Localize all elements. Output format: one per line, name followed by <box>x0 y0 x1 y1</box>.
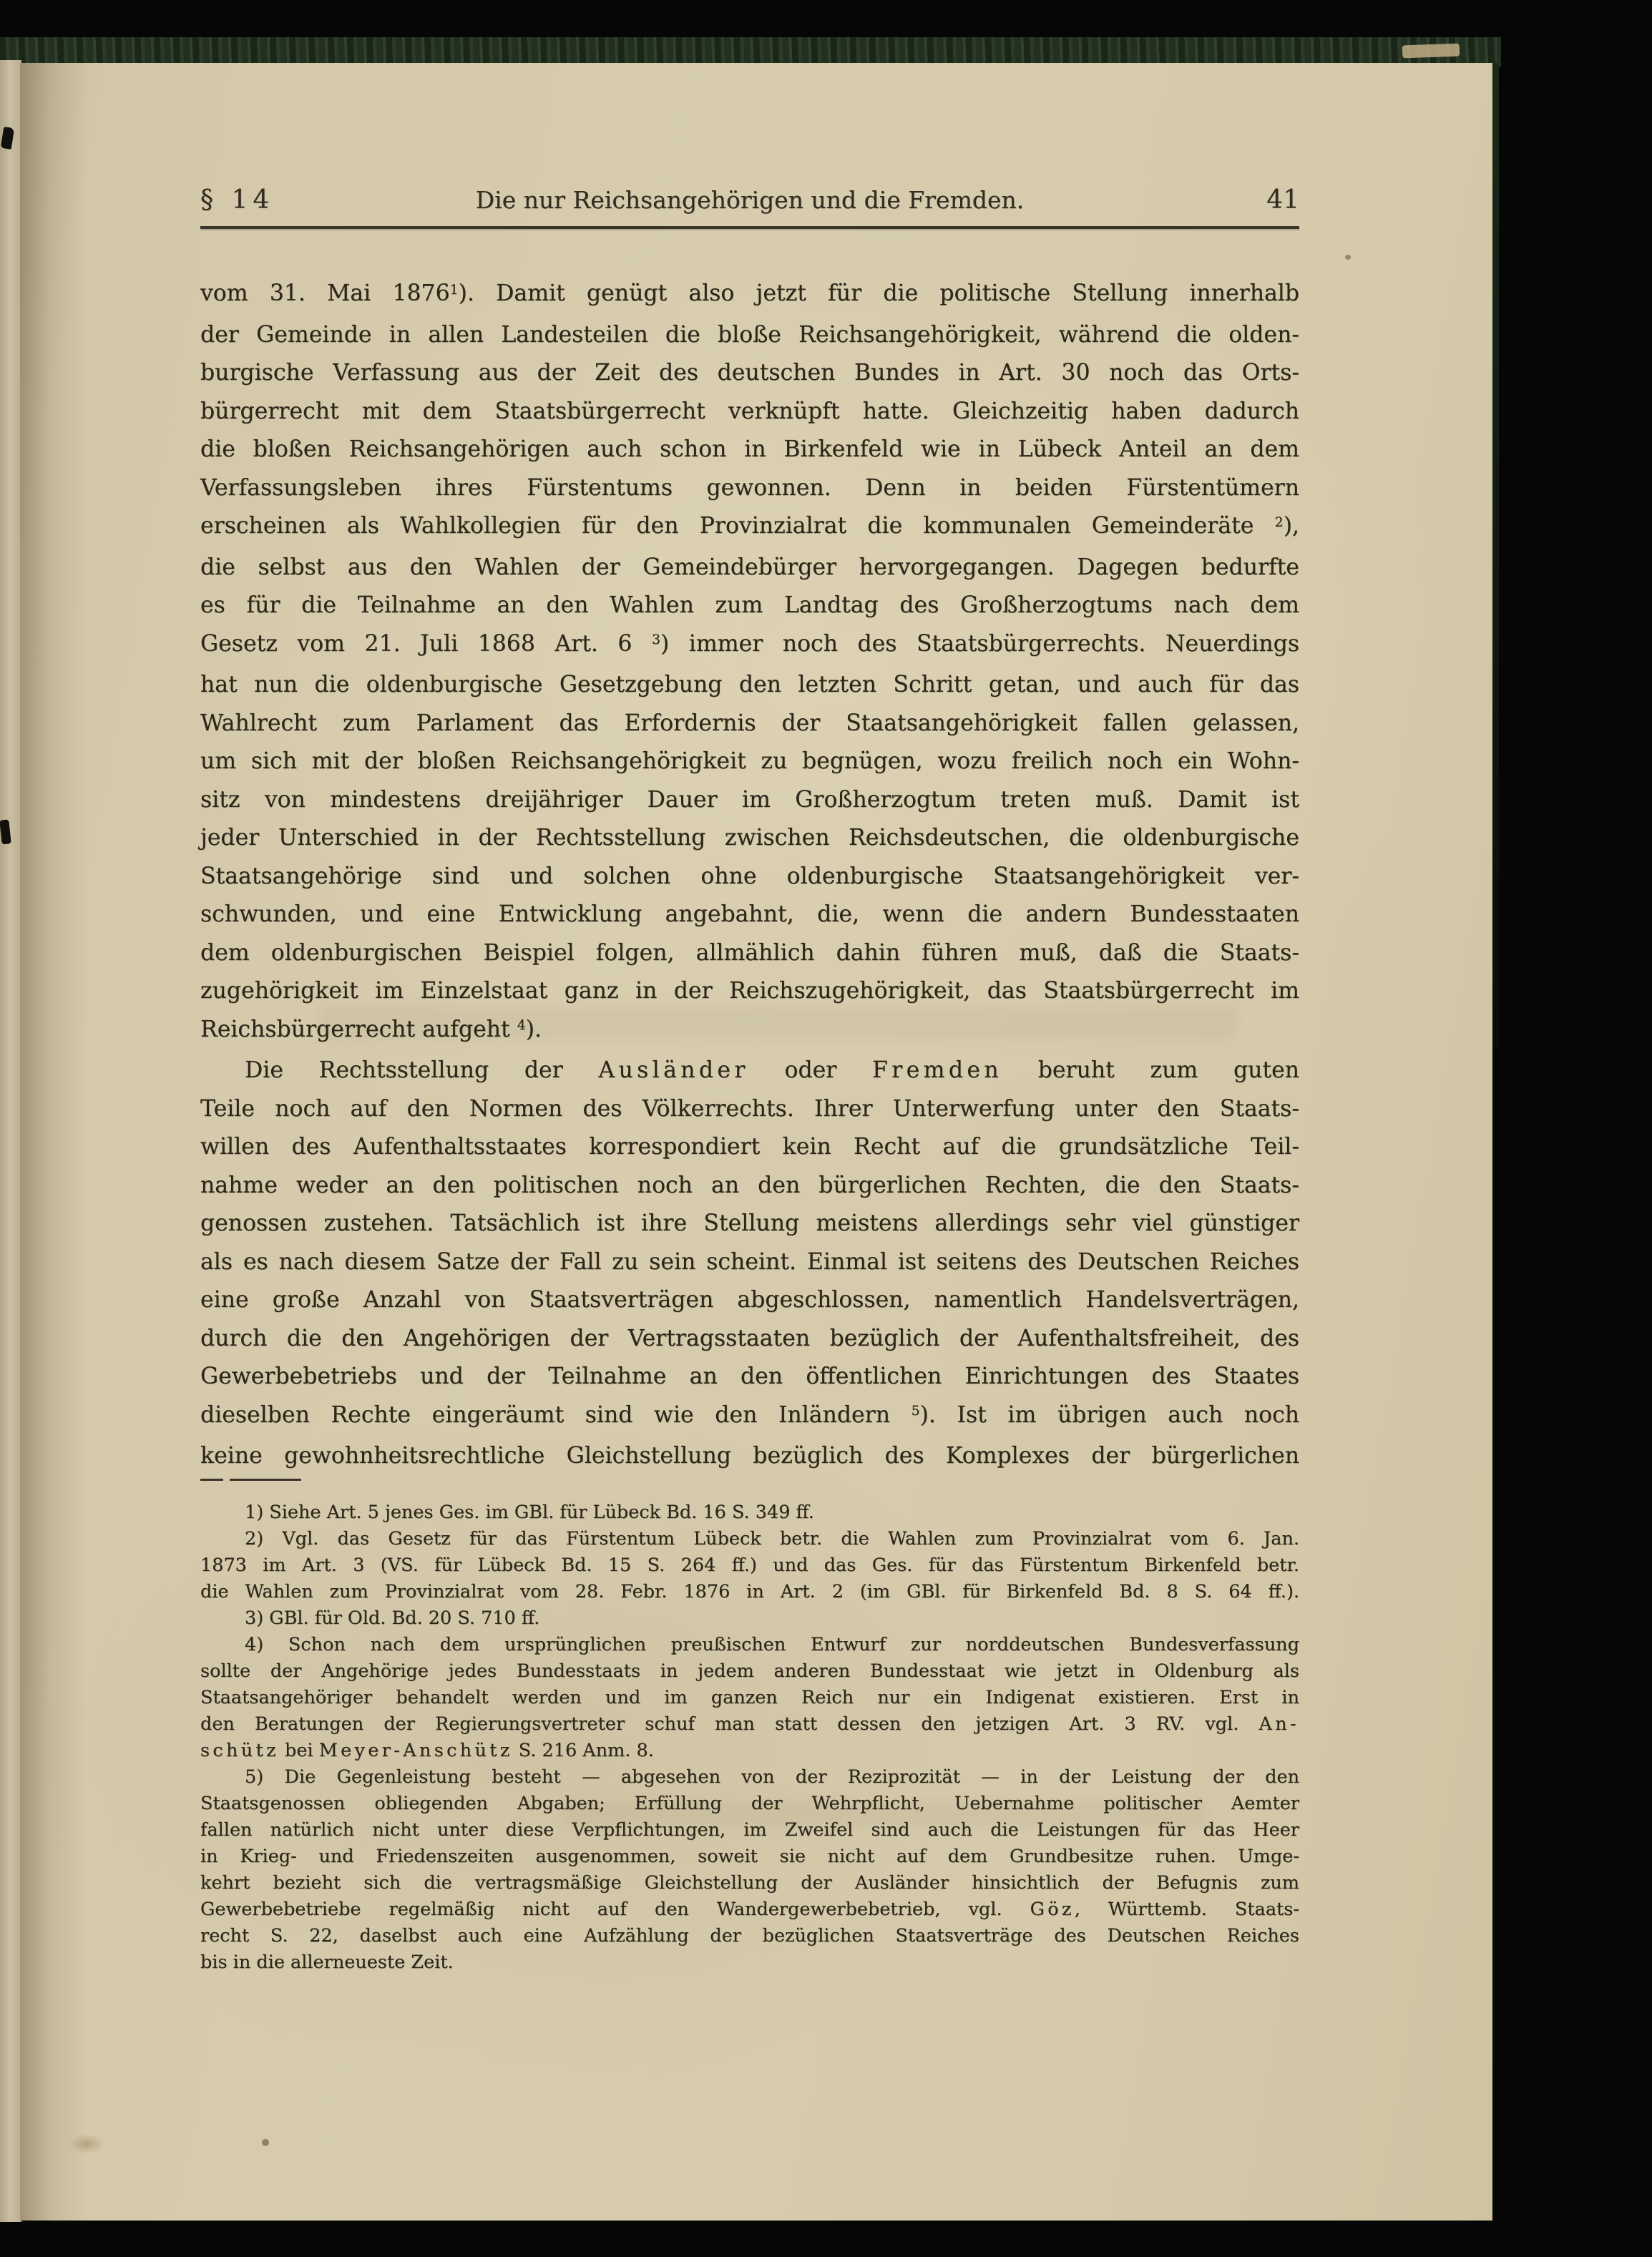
text-line: die bloßen Reichsangehörigen auch schon … <box>200 431 1299 469</box>
text-segment: genossen zustehen. Tatsächlich ist ihre … <box>200 1210 1299 1236</box>
text-line: willen des Aufenthaltsstaates korrespond… <box>200 1128 1299 1167</box>
text-line: als es nach diesem Satze der Fall zu sei… <box>200 1243 1299 1282</box>
text-segment: ). Ist im übrigen auch noch <box>920 1402 1299 1428</box>
text-segment: ), <box>1284 513 1299 539</box>
text-segment: dieselben Rechte eingeräumt sind wie den… <box>200 1402 911 1428</box>
text-segment: willen des Aufenthaltsstaates korrespond… <box>200 1134 1299 1160</box>
text-segment: sollte der Angehörige jedes Bundesstaats… <box>200 1660 1299 1682</box>
text-line: kehrt bezieht sich die vertragsmäßige Gl… <box>200 1870 1299 1896</box>
text-line: es für die Teilnahme an den Wahlen zum L… <box>200 587 1299 625</box>
text-line: sitz von mindestens dreijähriger Dauer i… <box>200 781 1299 820</box>
page-header: § 14 Die nur Reichsangehörigen und die F… <box>200 185 1299 216</box>
text-line: 1) Siehe Art. 5 jenes Ges. im GBl. für L… <box>200 1499 1299 1526</box>
text-line: keine gewohnheitsrechtliche Gleichstellu… <box>200 1437 1299 1476</box>
text-segment: hat nun die oldenburgische Gesetzgebung … <box>200 672 1299 697</box>
text-segment: bei <box>279 1740 319 1761</box>
text-segment: 1) Siehe Art. 5 jenes Ges. im GBl. für L… <box>245 1502 814 1523</box>
text-segment: Gewerbebetriebs und der Teilnahme an den… <box>200 1363 1299 1389</box>
text-line: den Beratungen der Regierungsvertreter s… <box>200 1711 1299 1738</box>
text-segment: bis in die allerneueste Zeit. <box>200 1952 454 1973</box>
body-text: vom 31. Mai 18761). Damit genügt also je… <box>200 275 1299 1476</box>
text-line: durch die den Angehörigen der Vertragsst… <box>200 1320 1299 1358</box>
book-cover-right-edge <box>1492 63 1499 1050</box>
text-line: Gesetz vom 21. Juli 1868 Art. 6 3) immer… <box>200 625 1299 667</box>
text-segment: sitz von mindestens dreijähriger Dauer i… <box>200 787 1299 813</box>
text-segment: oder <box>749 1057 872 1083</box>
text-segment: schwunden, und eine Entwicklung angebahn… <box>200 901 1299 927</box>
text-segment: Verfassungsleben ihres Fürstentums gewon… <box>200 475 1299 501</box>
text-segment: fallen natürlich nicht unter diese Verpf… <box>200 1819 1299 1841</box>
text-line: jeder Unterschied in der Rechtsstellung … <box>200 819 1299 858</box>
text-line: hat nun die oldenburgische Gesetzgebung … <box>200 666 1299 705</box>
text-segment: es für die Teilnahme an den Wahlen zum L… <box>200 592 1299 618</box>
text-line: um sich mit der bloßen Reichsangehörigke… <box>200 743 1299 781</box>
text-line: Staatsangehörige sind und solchen ohne o… <box>200 858 1299 896</box>
footnote-ref: 1 <box>450 282 459 298</box>
text-line: Wahlrecht zum Parlament das Erfordernis … <box>200 705 1299 743</box>
text-segment: S. 216 Anm. 8. <box>513 1740 654 1761</box>
text-segment: kehrt bezieht sich die vertragsmäßige Gl… <box>200 1872 1299 1894</box>
text-segment: recht S. 22, daselbst auch eine Aufzählu… <box>200 1925 1299 1947</box>
text-line: genossen zustehen. Tatsächlich ist ihre … <box>200 1205 1299 1243</box>
text-segment: keine gewohnheitsrechtliche Gleichstellu… <box>200 1443 1299 1469</box>
letterspaced-text: Göz <box>1030 1899 1075 1920</box>
letterspaced-text: Fremden <box>872 1057 1002 1083</box>
text-segment: Staatsangehöriger behandelt werden und i… <box>200 1687 1299 1708</box>
text-line: Staatsangehöriger behandelt werden und i… <box>200 1685 1299 1711</box>
text-line: in Krieg- und Friedenszeiten ausgenommen… <box>200 1844 1299 1870</box>
text-segment: die Wahlen zum Provinzialrat vom 28. Feb… <box>200 1581 1299 1602</box>
page-number: 41 <box>1128 185 1299 216</box>
text-segment: Wahlrecht zum Parlament das Erfordernis … <box>200 710 1299 736</box>
text-line: eine große Anzahl von Staatsverträgen ab… <box>200 1281 1299 1320</box>
text-segment: als es nach diesem Satze der Fall zu sei… <box>200 1249 1299 1275</box>
text-line: schütz bei Meyer-Anschütz S. 216 Anm. 8. <box>200 1738 1299 1764</box>
text-line: dieselben Rechte eingeräumt sind wie den… <box>200 1396 1299 1438</box>
text-line: erscheinen als Wahlkollegien für den Pro… <box>200 507 1299 549</box>
text-segment: eine große Anzahl von Staatsverträgen ab… <box>200 1287 1299 1313</box>
paper-scrap <box>1402 44 1460 59</box>
text-line: recht S. 22, daselbst auch eine Aufzählu… <box>200 1923 1299 1949</box>
page-stain <box>69 2134 104 2154</box>
header-rule <box>200 226 1299 229</box>
text-line: 3) GBl. für Old. Bd. 20 S. 710 ff. <box>200 1605 1299 1632</box>
text-segment: 4) Schon nach dem ursprünglichen preußis… <box>245 1634 1299 1655</box>
text-segment: nahme weder an den politischen noch an d… <box>200 1172 1299 1198</box>
text-segment: Staatsangehörige sind und solchen ohne o… <box>200 863 1299 889</box>
book-page: § 14 Die nur Reichsangehörigen und die F… <box>20 63 1492 2221</box>
footnote-ref: 3 <box>652 632 660 647</box>
text-line: schwunden, und eine Entwicklung angebahn… <box>200 896 1299 934</box>
letterspaced-text: Ausländer <box>598 1057 748 1083</box>
text-segment: Reichsbürgerrecht aufgeht <box>200 1017 517 1042</box>
text-line: dem oldenburgischen Beispiel folgen, all… <box>200 934 1299 973</box>
text-segment: Teile noch auf den Normen des Völkerrech… <box>200 1096 1299 1122</box>
text-line: Die Rechtsstellung der Ausländer oder Fr… <box>200 1052 1299 1090</box>
text-line: die Wahlen zum Provinzialrat vom 28. Feb… <box>200 1579 1299 1605</box>
text-line: der Gemeinde in allen Landesteilen die b… <box>200 316 1299 355</box>
text-segment: 5) Die Gegenleistung besteht — abgesehen… <box>245 1766 1299 1788</box>
text-segment: die bloßen Reichsangehörigen auch schon … <box>200 436 1299 462</box>
text-line: sollte der Angehörige jedes Bundesstaats… <box>200 1658 1299 1685</box>
text-segment: 1873 im Art. 3 (VS. für Lübeck Bd. 15 S.… <box>200 1555 1299 1576</box>
text-line: Verfassungsleben ihres Fürstentums gewon… <box>200 469 1299 508</box>
text-segment: ). Damit genügt also jetzt für die polit… <box>459 280 1299 306</box>
text-line: nahme weder an den politischen noch an d… <box>200 1167 1299 1205</box>
text-line: die selbst aus den Wahlen der Gemeindebü… <box>200 549 1299 587</box>
text-segment: die selbst aus den Wahlen der Gemeindebü… <box>200 554 1299 580</box>
text-line: bis in die allerneueste Zeit. <box>200 1949 1299 1976</box>
text-line: Teile noch auf den Normen des Völkerrech… <box>200 1090 1299 1129</box>
text-line: zugehörigkeit im Einzelstaat ganz in der… <box>200 972 1299 1011</box>
text-segment: Gewerbebetriebe regelmäßig nicht auf den… <box>200 1899 1030 1920</box>
book-scan: § 14 Die nur Reichsangehörigen und die F… <box>0 0 1652 2257</box>
text-line: fallen natürlich nicht unter diese Verpf… <box>200 1817 1299 1844</box>
text-segment: der Gemeinde in allen Landesteilen die b… <box>200 322 1299 348</box>
text-segment: zugehörigkeit im Einzelstaat ganz in der… <box>200 978 1299 1004</box>
text-segment: Die Rechtsstellung der <box>245 1057 598 1083</box>
text-segment: durch die den Angehörigen der Vertragsst… <box>200 1326 1299 1351</box>
letterspaced-text: schütz <box>200 1740 279 1761</box>
text-line: 4) Schon nach dem ursprünglichen preußis… <box>200 1632 1299 1658</box>
text-segment: um sich mit der bloßen Reichsangehörigke… <box>200 748 1299 774</box>
text-segment: Staatsgenossen obliegenden Abgaben; Erfü… <box>200 1793 1299 1814</box>
footnote-ref: 4 <box>517 1017 526 1033</box>
page-stain <box>262 2139 269 2146</box>
page-stain <box>1345 255 1351 260</box>
section-number: § 14 <box>200 185 372 216</box>
text-segment: Gesetz vom 21. Juli 1868 Art. 6 <box>200 631 652 657</box>
text-segment: erscheinen als Wahlkollegien für den Pro… <box>200 513 1275 539</box>
footnote-ref: 2 <box>1275 514 1284 530</box>
text-segment: ). <box>526 1017 542 1042</box>
text-line: 1873 im Art. 3 (VS. für Lübeck Bd. 15 S.… <box>200 1552 1299 1579</box>
text-segment: vom 31. Mai 1876 <box>200 280 450 306</box>
text-segment: burgische Verfassung aus der Zeit des de… <box>200 360 1299 386</box>
footnote-separator <box>200 1479 301 1481</box>
footnotes: 1) Siehe Art. 5 jenes Ges. im GBl. für L… <box>200 1499 1299 1976</box>
text-segment: jeder Unterschied in der Rechtsstellung … <box>200 825 1299 851</box>
text-line: Gewerbebetriebe regelmäßig nicht auf den… <box>200 1896 1299 1923</box>
text-segment: 3) GBl. für Old. Bd. 20 S. 710 ff. <box>245 1607 539 1629</box>
text-line: burgische Verfassung aus der Zeit des de… <box>200 354 1299 393</box>
text-segment: dem oldenburgischen Beispiel folgen, all… <box>200 940 1299 966</box>
text-segment: beruht zum guten <box>1002 1057 1299 1083</box>
letterspaced-text: Meyer-Anschütz <box>319 1740 513 1761</box>
text-segment: bürgerrecht mit dem Staatsbürgerrecht ve… <box>200 398 1299 424</box>
text-line: Reichsbürgerrecht aufgeht 4). <box>200 1011 1299 1052</box>
letterspaced-text: An- <box>1259 1713 1299 1735</box>
text-line: 2) Vgl. das Gesetz für das Fürstentum Lü… <box>200 1526 1299 1552</box>
text-segment: 2) Vgl. das Gesetz für das Fürstentum Lü… <box>245 1528 1299 1549</box>
page-stack-edge <box>0 60 21 2222</box>
text-line: Staatsgenossen obliegenden Abgaben; Erfü… <box>200 1791 1299 1817</box>
text-line: Gewerbebetriebs und der Teilnahme an den… <box>200 1358 1299 1396</box>
text-line: 5) Die Gegenleistung besteht — abgesehen… <box>200 1764 1299 1791</box>
text-line: vom 31. Mai 18761). Damit genügt also je… <box>200 275 1299 316</box>
text-segment: , Württemb. Staats- <box>1075 1899 1299 1920</box>
text-segment: den Beratungen der Regierungsvertreter s… <box>200 1713 1259 1735</box>
text-segment: ) immer noch des Staatsbürgerrechts. Neu… <box>660 631 1299 657</box>
gutter-crease-shadow <box>20 63 88 2221</box>
running-title: Die nur Reichsangehörigen und die Fremde… <box>372 185 1128 216</box>
text-line: bürgerrecht mit dem Staatsbürgerrecht ve… <box>200 393 1299 431</box>
footnote-ref: 5 <box>911 1403 920 1419</box>
text-segment: in Krieg- und Friedenszeiten ausgenommen… <box>200 1846 1299 1867</box>
